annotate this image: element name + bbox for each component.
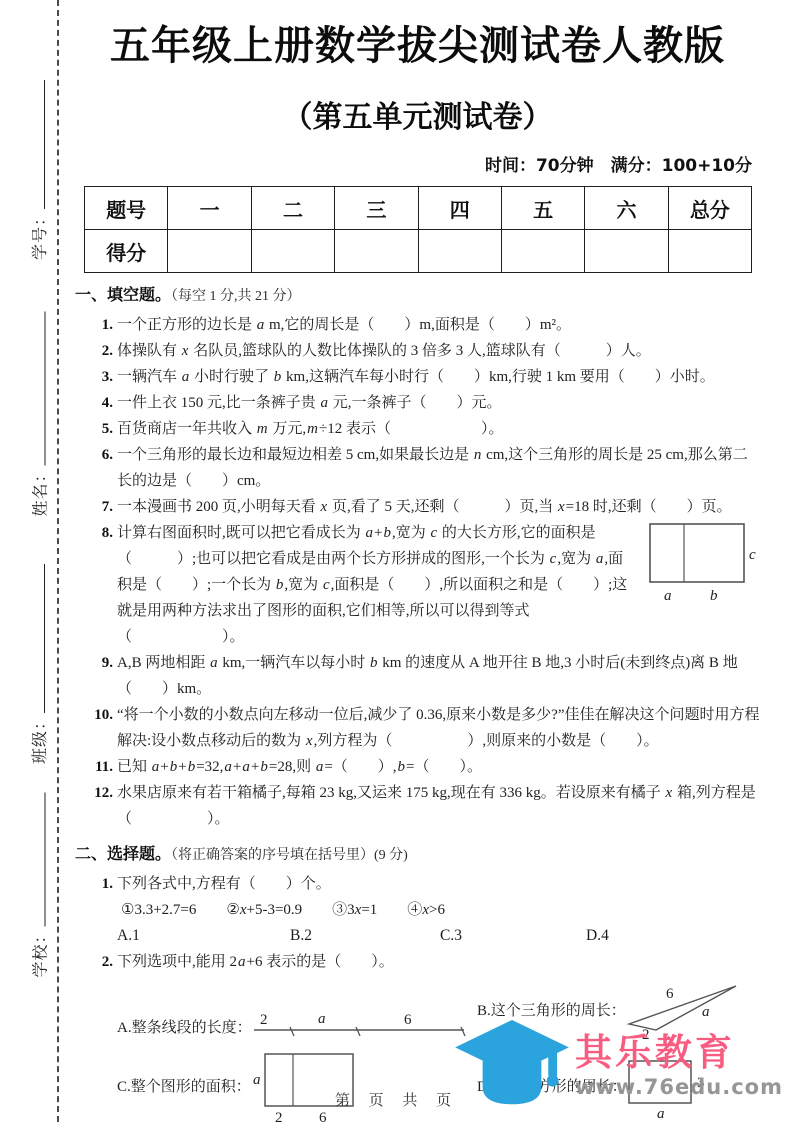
score-cell-empty xyxy=(418,230,501,273)
fig8-label-c: c xyxy=(749,547,756,563)
rect-label-a: a xyxy=(253,1072,261,1088)
logo-text-block: 其乐教育 www.76edu.com xyxy=(575,1032,783,1100)
student-id-field: 学号： xyxy=(25,80,51,260)
question-6: 6. 一个三角形的最长边和最短边相差 5 cm,如果最长边是 n cm,这个三角… xyxy=(89,442,760,494)
question-number: 2. xyxy=(89,338,113,364)
school-label: 学校： xyxy=(27,926,50,977)
triangle-label-6: 6 xyxy=(666,986,674,1002)
fig8-label-a: a xyxy=(664,588,672,604)
school-blank-line xyxy=(31,793,45,927)
equation-options-line: ①3.3+2.7=6 ②x+5-3=0.9 ③3x=1 ④x>6 xyxy=(89,897,760,923)
student-id-label: 学号： xyxy=(27,209,50,260)
question-number: 1. xyxy=(89,312,113,338)
question-text: A,B 两地相距 a km,一辆汽车以每小时 b km 的速度从 A 地开往 B… xyxy=(117,655,738,697)
option-c: C.整个图形的面积： a 2 6 xyxy=(117,1050,477,1122)
section1-title: 一、填空题。 xyxy=(75,285,171,304)
question-10: 10. “将一个小数的小数点向左移动一位后,减少了 0.36,原来小数是多少?”… xyxy=(89,702,760,754)
logo-website-url: www.76edu.com xyxy=(575,1074,783,1100)
time-score-info: 时间：70分钟 满分：100+10分 xyxy=(75,154,760,178)
question-number: 1. xyxy=(89,871,113,897)
question-4: 4. 一件上衣 150 元,比一条裤子贵 a 元,一条裤子（ ）元。 xyxy=(89,390,760,416)
student-name-blank-line xyxy=(31,312,45,466)
question-number: 2. xyxy=(89,949,113,975)
score-table-cell-6: 六 xyxy=(585,187,668,230)
question-text: 体操队有 x 名队员,篮球队的人数比体操队的 3 倍多 3 人,篮球队有（ ）人… xyxy=(117,343,651,359)
class-blank-line xyxy=(31,564,45,713)
score-cell-empty xyxy=(501,230,584,273)
question-text: 一个三角形的最长边和最短边相差 5 cm,如果最长边是 n cm,这个三角形的周… xyxy=(117,447,748,489)
question-number: 5. xyxy=(89,416,113,442)
question-number: 7. xyxy=(89,494,113,520)
score-cell-empty xyxy=(335,230,418,273)
question-text: 一本漫画书 200 页,小明每天看 x 页,看了 5 天,还剩（ ）页,当 x=… xyxy=(117,499,732,515)
section2-note: （将正确答案的序号填在括号里）(9 分) xyxy=(171,848,408,863)
choice-b: B.2 xyxy=(290,923,440,949)
choice-d: D.4 xyxy=(586,923,760,949)
question-number: 6. xyxy=(89,442,113,468)
rectangle-ab-c-figure: a b c xyxy=(648,522,760,606)
class-label: 班级： xyxy=(27,713,50,764)
fill-in-blank-questions: 1. 一个正方形的边长是 a m,它的周长是（ ）m,面积是（ ）m²。 2. … xyxy=(75,312,760,832)
choice-answers-row: A.1 B.2 C.3 D.4 xyxy=(89,923,760,949)
question-text: 下列选项中,能用 2a+6 表示的是（ ）。 xyxy=(117,954,394,970)
segment-label-6: 6 xyxy=(404,1012,412,1028)
score-cell-empty xyxy=(668,230,751,273)
school-field: 学校： xyxy=(26,793,52,978)
question-1: 1. 一个正方形的边长是 a m,它的周长是（ ）m,面积是（ ）m²。 xyxy=(89,312,760,338)
question-text: “将一个小数的小数点向左移动一位后,减少了 0.36,原来小数是多少?”佳佳在解… xyxy=(117,707,759,749)
question-11: 11. 已知 a+b+b=32,a+a+b=28,则 a=（ ）,b=（ ）。 xyxy=(89,754,760,780)
choice-c: C.3 xyxy=(440,923,586,949)
exam-paper-page: 学号： 姓名： 班级： 学校： 五年级上册数学拔尖测试卷人教版 （第五单元测试卷… xyxy=(0,0,793,1122)
score-table-header-row: 题号 一 二 三 四 五 六 总分 xyxy=(85,187,752,230)
question-12: 12. 水果店原来有若干箱橘子,每箱 23 kg,又运来 175 kg,现在有 … xyxy=(89,780,760,832)
question-number: 8. xyxy=(89,520,113,546)
question-9: 9. A,B 两地相距 a km,一辆汽车以每小时 b km 的速度从 A 地开… xyxy=(89,650,760,702)
choice-a: A.1 xyxy=(117,923,290,949)
question-text: 一个正方形的边长是 a m,它的周长是（ ）m,面积是（ ）m²。 xyxy=(117,317,571,333)
score-cell-empty xyxy=(168,230,251,273)
score-table: 题号 一 二 三 四 五 六 总分 得分 xyxy=(84,186,752,273)
segment-label-2: 2 xyxy=(260,1012,268,1028)
student-name-field: 姓名： xyxy=(26,312,52,517)
paper-subtitle: （第五单元测试卷） xyxy=(75,98,760,138)
question-text: 水果店原来有若干箱橘子,每箱 23 kg,又运来 175 kg,现在有 336 … xyxy=(117,785,756,827)
question-number: 11. xyxy=(89,754,113,780)
rect-label-6: 6 xyxy=(319,1110,327,1122)
divided-rectangle-figure: a 2 6 xyxy=(251,1050,359,1122)
option-a-label: A.整条线段的长度： xyxy=(117,1016,252,1040)
student-id-blank-line xyxy=(31,80,45,209)
score-table-cell-total: 总分 xyxy=(668,187,751,230)
question-text: 一件上衣 150 元,比一条裤子贵 a 元,一条裤子（ ）元。 xyxy=(117,395,502,411)
question-number: 3. xyxy=(89,364,113,390)
question-text: 计算右图面积时,既可以把它看成长为 a+b,宽为 c 的大长方形,它的面积是（ … xyxy=(117,525,627,645)
choice-question-1: 1. 下列各式中,方程有（ ）个。 xyxy=(89,871,760,897)
question-text: 下列各式中,方程有（ ）个。 xyxy=(117,876,331,892)
score-table-cell-1: 一 xyxy=(168,187,251,230)
student-name-label: 姓名： xyxy=(27,465,50,516)
rect-label-2: 2 xyxy=(275,1110,283,1122)
score-table-cell-3: 三 xyxy=(335,187,418,230)
choice-question-2: 2. 下列选项中,能用 2a+6 表示的是（ ）。 xyxy=(89,949,760,975)
score-table-cell-tihao: 题号 xyxy=(85,187,168,230)
question-5: 5. 百货商店一年共收入 m 万元,m÷12 表示（ ）。 xyxy=(89,416,760,442)
question-8: a b c 8. 计算右图面积时,既可以把它看成长为 a+b,宽为 c 的大长方… xyxy=(89,520,760,650)
score-cell-empty xyxy=(585,230,668,273)
logo-brand-name: 其乐教育 xyxy=(575,1032,783,1074)
score-table-cell-2: 二 xyxy=(251,187,334,230)
question-number: 12. xyxy=(89,780,113,806)
question-8-figure: a b c xyxy=(648,522,760,615)
fig8-label-b: b xyxy=(710,588,718,604)
question-number: 10. xyxy=(89,702,113,728)
class-field: 班级： xyxy=(25,564,51,764)
section1-note: （每空 1 分,共 21 分） xyxy=(171,289,301,304)
paper-content: 五年级上册数学拔尖测试卷人教版 （第五单元测试卷） 时间：70分钟 满分：100… xyxy=(75,20,760,1122)
score-table-cell-4: 四 xyxy=(418,187,501,230)
qile-education-logo: 其乐教育 www.76edu.com xyxy=(453,1018,783,1114)
question-3: 3. 一辆汽车 a 小时行驶了 b km,这辆汽车每小时行（ ）km,行驶 1 … xyxy=(89,364,760,390)
score-table-cell-5: 五 xyxy=(501,187,584,230)
graduation-cap-icon xyxy=(453,1018,571,1114)
question-text: 一辆汽车 a 小时行驶了 b km,这辆汽车每小时行（ ）km,行驶 1 km … xyxy=(117,369,715,385)
question-text: 已知 a+b+b=32,a+a+b=28,则 a=（ ）,b=（ ）。 xyxy=(117,759,482,775)
section2-title: 二、选择题。 xyxy=(75,844,171,863)
paper-title: 五年级上册数学拔尖测试卷人教版 xyxy=(75,20,760,72)
question-number: 9. xyxy=(89,650,113,676)
question-2: 2. 体操队有 x 名队员,篮球队的人数比体操队的 3 倍多 3 人,篮球队有（… xyxy=(89,338,760,364)
option-a: A.整条线段的长度： 2 a 6 xyxy=(117,982,477,1040)
score-cell-empty xyxy=(251,230,334,273)
section1-header: 一、填空题。（每空 1 分,共 21 分） xyxy=(75,281,760,310)
section2-header: 二、选择题。（将正确答案的序号填在括号里）(9 分) xyxy=(75,840,760,869)
question-number: 4. xyxy=(89,390,113,416)
segment-figure: 2 a 6 xyxy=(252,1009,474,1037)
score-table-score-row: 得分 xyxy=(85,230,752,273)
segment-label-a: a xyxy=(318,1011,326,1027)
score-row-label: 得分 xyxy=(85,230,168,273)
question-text: 百货商店一年共收入 m 万元,m÷12 表示（ ）。 xyxy=(117,421,503,437)
question-7: 7. 一本漫画书 200 页,小明每天看 x 页,看了 5 天,还剩（ ）页,当… xyxy=(89,494,760,520)
dashed-cut-line xyxy=(57,0,59,1122)
